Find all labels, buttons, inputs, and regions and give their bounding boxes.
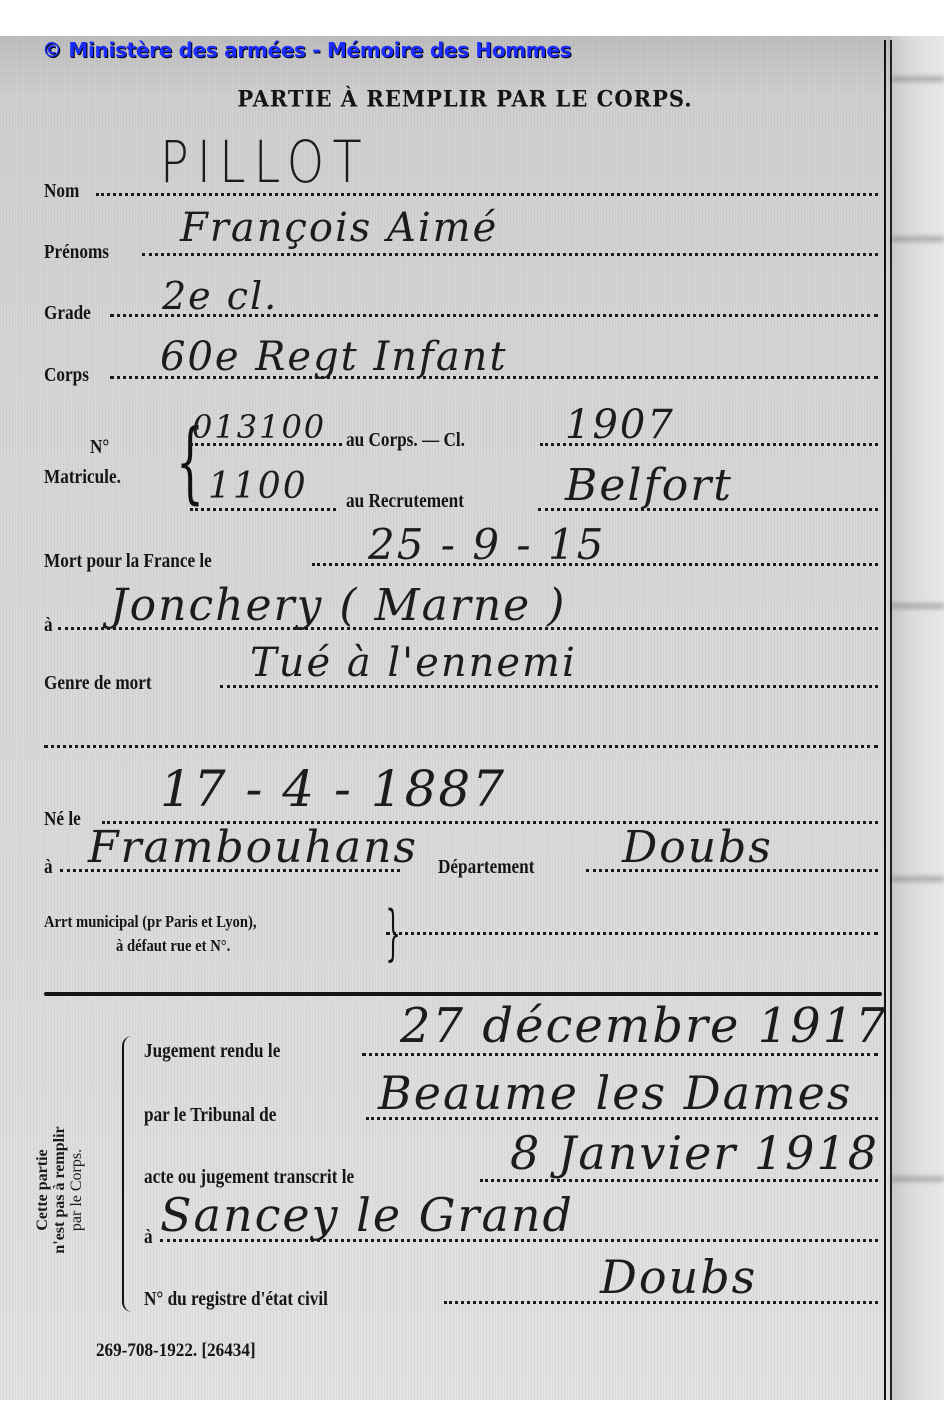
form-title: PARTIE À REMPLIR PAR LE CORPS. [0, 85, 930, 111]
classe-value: 1907 [565, 402, 675, 448]
blank-line [44, 745, 878, 748]
arrondissement-label-line2: à défaut rue et N°. [116, 936, 230, 956]
arrondissement-line [386, 932, 878, 935]
prenoms-label: Prénoms [44, 241, 109, 264]
grade-value: 2e cl. [162, 274, 278, 318]
recrutement-value: Belfort [565, 460, 733, 511]
mort-le-label: Mort pour la France le [44, 550, 212, 573]
registre-label: N° du registre d'état civil [144, 1288, 328, 1311]
ne-a-label: à [44, 856, 53, 879]
au-corps-value: 013100 [192, 408, 326, 446]
recrutement-label: au Recrutement [346, 490, 464, 513]
mort-le-value: 25 - 9 - 15 [368, 520, 605, 569]
grade-label: Grade [44, 302, 91, 325]
nom-label: Nom [44, 180, 79, 203]
transcrit-a-value: Sancey le Grand [160, 1188, 574, 1242]
prenoms-value: François Aimé [180, 205, 498, 251]
ne-le-value: 17 - 4 - 1887 [160, 760, 506, 818]
registre-value: Doubs [600, 1250, 757, 1304]
tribunal-value: Beaume les Dames [378, 1066, 852, 1120]
mort-a-label: à [44, 614, 53, 637]
corps-value: 60e Regt Infant [160, 334, 508, 380]
matricule-label-no: N° [90, 436, 109, 459]
side-note: Cette partie n'est pas à remplir par le … [34, 1070, 85, 1310]
prenoms-line [142, 253, 878, 256]
departement-value: Doubs [622, 822, 773, 873]
mort-a-value: Jonchery ( Marne ) [110, 580, 566, 631]
transcrit-label: acte ou jugement transcrit le [144, 1166, 354, 1189]
genre-de-mort-value: Tué à l'ennemi [250, 640, 577, 686]
recrutement-number-line [190, 508, 336, 511]
tribunal-label: par le Tribunal de [144, 1104, 276, 1127]
ne-le-label: Né le [44, 808, 81, 831]
print-reference: 269-708-1922. [26434] [96, 1340, 256, 1362]
departement-label: Département [438, 856, 534, 879]
copyright-watermark: © Ministère des armées - Mémoire des Hom… [42, 38, 571, 62]
recrutement-number: 1100 [208, 466, 308, 507]
matricule-label: Matricule. [44, 466, 121, 489]
jugement-rendu-label: Jugement rendu le [144, 1040, 280, 1063]
transcrit-a-label: à [144, 1226, 153, 1249]
adjacent-page-strip [891, 36, 944, 1400]
ne-a-value: Frambouhans [88, 822, 418, 873]
nom-value: PILLOT [160, 128, 370, 196]
page-border-line [890, 40, 892, 1400]
section-divider [44, 992, 882, 996]
au-corps-label: au Corps. — Cl. [346, 429, 465, 452]
genre-de-mort-label: Genre de mort [44, 672, 152, 695]
arrondissement-label-line1: Arrt municipal (pr Paris et Lyon), [44, 912, 257, 932]
side-brace [122, 1036, 134, 1312]
page-border-line [884, 40, 886, 1400]
corps-label: Corps [44, 364, 89, 387]
jugement-rendu-value: 27 décembre 1917 [400, 998, 888, 1054]
transcrit-value: 8 Janvier 1918 [510, 1126, 879, 1180]
